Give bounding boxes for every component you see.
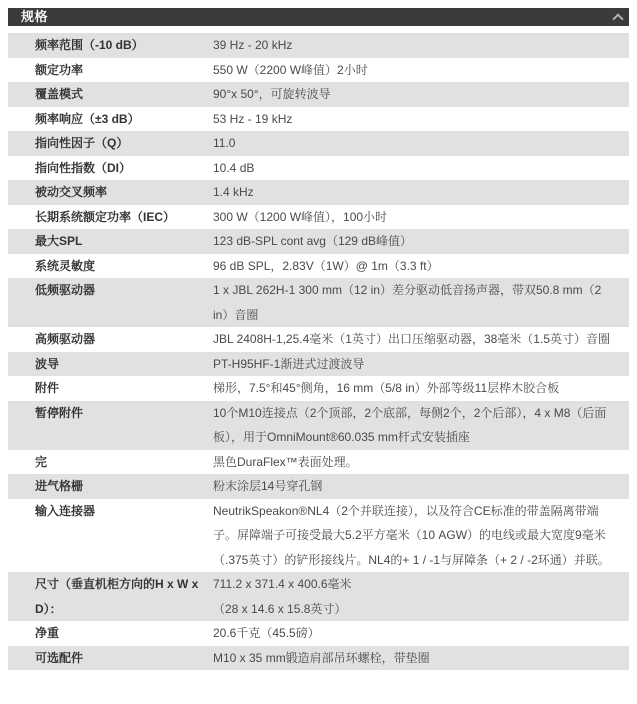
spec-label: 暂停附件 <box>8 401 213 450</box>
spec-row: 进气格栅 粉末涂层14号穿孔钢 <box>8 474 629 499</box>
spec-row: 完 黑色DuraFlex™表面处理。 <box>8 450 629 475</box>
specifications-accordion-header[interactable]: 规格 <box>8 8 629 26</box>
spec-row: 频率范围（-10 dB） 39 Hz - 20 kHz <box>8 33 629 58</box>
spec-label: 指向性指数（DI） <box>8 156 213 181</box>
spec-label: 覆盖模式 <box>8 82 213 107</box>
spec-value: JBL 2408H-1,25.4毫米（1英寸）出口压缩驱动器，38毫米（1.5英… <box>213 327 629 352</box>
spec-label: 长期系统额定功率（IEC） <box>8 205 213 230</box>
spec-value: 53 Hz - 19 kHz <box>213 107 629 132</box>
spec-label: 最大SPL <box>8 229 213 254</box>
spec-value: 300 W（1200 W峰值），100小时 <box>213 205 629 230</box>
spec-value: 10.4 dB <box>213 156 629 181</box>
spec-value: 1.4 kHz <box>213 180 629 205</box>
chevron-up-icon[interactable] <box>612 13 623 24</box>
spec-value: 90°x 50°，可旋转波导 <box>213 82 629 107</box>
spec-value: 550 W（2200 W峰值）2小时 <box>213 58 629 83</box>
spec-label: 输入连接器 <box>8 499 213 573</box>
spec-label: 额定功率 <box>8 58 213 83</box>
spec-label: 净重 <box>8 621 213 646</box>
spec-row: 高频驱动器 JBL 2408H-1,25.4毫米（1英寸）出口压缩驱动器，38毫… <box>8 327 629 352</box>
spec-row: 频率响应（±3 dB） 53 Hz - 19 kHz <box>8 107 629 132</box>
spec-label: 完 <box>8 450 213 475</box>
spec-label: 波导 <box>8 352 213 377</box>
spec-row: 长期系统额定功率（IEC） 300 W（1200 W峰值），100小时 <box>8 205 629 230</box>
spec-row: 暂停附件 10个M10连接点（2个顶部，2个底部，每侧2个，2个后部），4 x … <box>8 401 629 450</box>
spec-row: 最大SPL 123 dB-SPL cont avg（129 dB峰值） <box>8 229 629 254</box>
spec-value: 黑色DuraFlex™表面处理。 <box>213 450 629 475</box>
spec-table: 频率范围（-10 dB） 39 Hz - 20 kHz 额定功率 550 W（2… <box>8 33 629 670</box>
specifications-panel: 规格 频率范围（-10 dB） 39 Hz - 20 kHz 额定功率 550 … <box>8 8 629 670</box>
spec-label: 频率范围（-10 dB） <box>8 33 213 58</box>
spec-label: 可选配件 <box>8 646 213 671</box>
spec-label: 尺寸（垂直机柜方向的H x W x D）： <box>8 572 213 621</box>
spec-row: 可选配件 M10 x 35 mm锻造肩部吊环螺栓，带垫圈 <box>8 646 629 671</box>
spec-row: 额定功率 550 W（2200 W峰值）2小时 <box>8 58 629 83</box>
spec-label: 低频驱动器 <box>8 278 213 327</box>
spec-row: 系统灵敏度 96 dB SPL，2.83V（1W）@ 1m（3.3 ft） <box>8 254 629 279</box>
page: 规格 频率范围（-10 dB） 39 Hz - 20 kHz 额定功率 550 … <box>0 0 637 678</box>
spec-value: 123 dB-SPL cont avg（129 dB峰值） <box>213 229 629 254</box>
spec-label: 系统灵敏度 <box>8 254 213 279</box>
spec-value: 11.0 <box>213 131 629 156</box>
spec-value: 10个M10连接点（2个顶部，2个底部，每侧2个，2个后部），4 x M8（后面… <box>213 401 629 450</box>
spec-label: 指向性因子（Q） <box>8 131 213 156</box>
spec-label: 进气格栅 <box>8 474 213 499</box>
spec-row: 尺寸（垂直机柜方向的H x W x D）： 711.2 x 371.4 x 40… <box>8 572 629 621</box>
spec-value: 39 Hz - 20 kHz <box>213 33 629 58</box>
spec-row: 覆盖模式 90°x 50°，可旋转波导 <box>8 82 629 107</box>
spec-row: 指向性指数（DI） 10.4 dB <box>8 156 629 181</box>
spec-row: 净重 20.6千克（45.5磅） <box>8 621 629 646</box>
spec-row: 指向性因子（Q） 11.0 <box>8 131 629 156</box>
panel-title: 规格 <box>21 8 48 26</box>
spec-label: 被动交叉频率 <box>8 180 213 205</box>
spec-row: 波导 PT-H95HF-1渐进式过渡波导 <box>8 352 629 377</box>
spec-value: 1 x JBL 262H-1 300 mm（12 in）差分驱动低音扬声器，带双… <box>213 278 629 327</box>
spec-label: 附件 <box>8 376 213 401</box>
spec-row: 输入连接器 NeutrikSpeakon®NL4（2个并联连接），以及符合CE标… <box>8 499 629 573</box>
spec-value: NeutrikSpeakon®NL4（2个并联连接），以及符合CE标准的带盖隔离… <box>213 499 629 573</box>
spec-value: 711.2 x 371.4 x 400.6毫米 （28 x 14.6 x 15.… <box>213 572 629 621</box>
spec-value: 96 dB SPL，2.83V（1W）@ 1m（3.3 ft） <box>213 254 629 279</box>
spec-label: 频率响应（±3 dB） <box>8 107 213 132</box>
spec-value: 梯形，7.5°和45°侧角，16 mm（5/8 in）外部等级11层桦木胶合板 <box>213 376 629 401</box>
spec-row: 被动交叉频率 1.4 kHz <box>8 180 629 205</box>
spec-value: PT-H95HF-1渐进式过渡波导 <box>213 352 629 377</box>
spec-label: 高频驱动器 <box>8 327 213 352</box>
spec-row: 附件 梯形，7.5°和45°侧角，16 mm（5/8 in）外部等级11层桦木胶… <box>8 376 629 401</box>
spec-value: 20.6千克（45.5磅） <box>213 621 629 646</box>
spec-row: 低频驱动器 1 x JBL 262H-1 300 mm（12 in）差分驱动低音… <box>8 278 629 327</box>
spec-value: 粉末涂层14号穿孔钢 <box>213 474 629 499</box>
spec-value: M10 x 35 mm锻造肩部吊环螺栓，带垫圈 <box>213 646 629 671</box>
